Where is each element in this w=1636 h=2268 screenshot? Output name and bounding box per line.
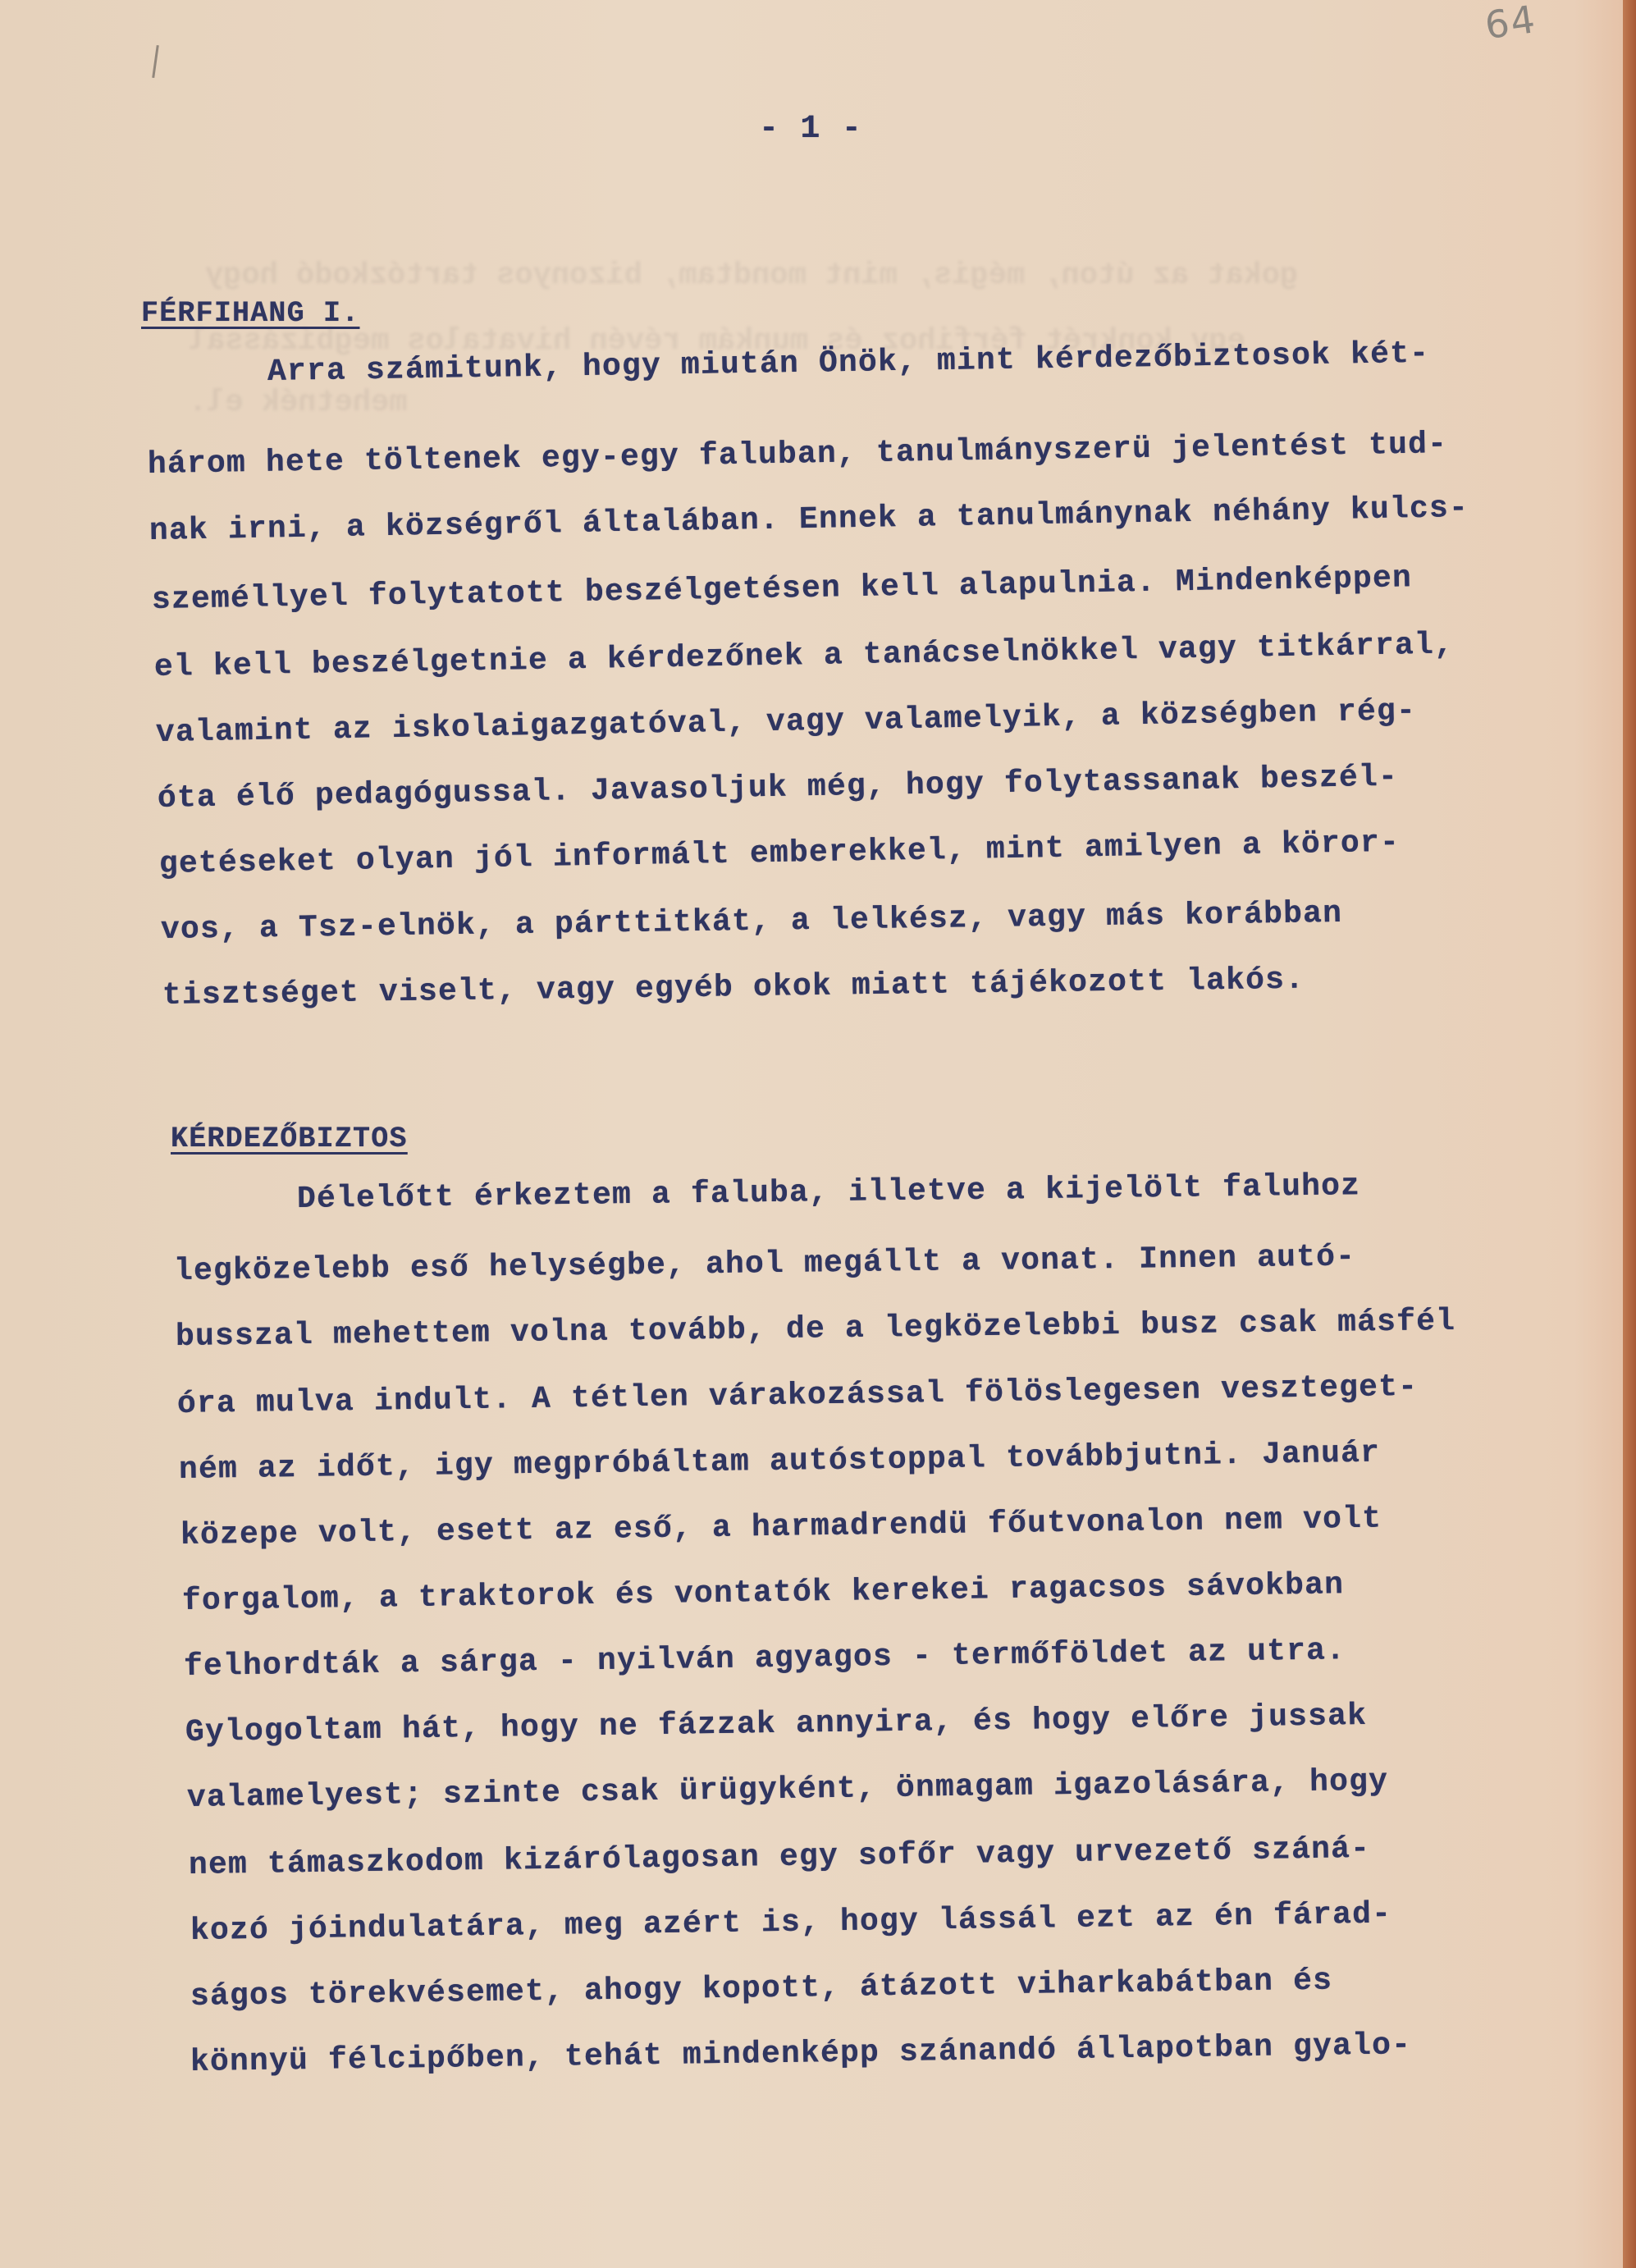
text-line: Gylogoltam hát, hogy ne fázzak annyira, …: [185, 1699, 1368, 1750]
text-line: Délelőtt érkeztem a faluba, illetve a ki…: [297, 1168, 1361, 1217]
text-line: legközelebb eső helységbe, ahol megállt …: [174, 1239, 1356, 1289]
bleed-through-text: gokat az úton, mégis, mint mondtam, bizo…: [205, 258, 1298, 293]
text-line: ságos törekvésemet, ahogy kopott, átázot…: [190, 1964, 1333, 2014]
text-line: három hete töltenek egy-egy faluban, tan…: [148, 427, 1448, 482]
text-line: forgalom, a traktorok és vontatók kereke…: [182, 1567, 1345, 1619]
text-line: valamelyest; szinte csak ürügyként, önma…: [187, 1764, 1389, 1816]
text-line: óra mulva indult. A tétlen várakozással …: [177, 1369, 1419, 1422]
text-line: busszal mehettem volna tovább, de a legk…: [176, 1304, 1456, 1355]
text-line: nem támaszkodom kizárólagosan egy sofőr …: [189, 1831, 1371, 1883]
text-line: vos, a Tsz-elnök, a párttitkát, a lelkés…: [161, 896, 1343, 948]
text-line: személlyel folytatott beszélgetésen kell…: [152, 560, 1413, 618]
text-line: tisztséget viselt, vagy egyéb okok miatt…: [162, 963, 1305, 1013]
text-line: óta élő pedagógussal. Javasoljuk még, ho…: [158, 760, 1399, 816]
text-line: közepe volt, esett az eső, a harmadrendü…: [181, 1502, 1382, 1553]
text-line: felhordták a sárga - nyilván agyagos - t…: [184, 1633, 1346, 1685]
text-line: könnyü félcipőben, tehát mindenképp szán…: [190, 2028, 1412, 2080]
text-line: kozó jóindulatára, meg azért is, hogy lá…: [190, 1897, 1392, 1949]
page-number: - 1 -: [759, 111, 862, 148]
stray-pen-mark: [152, 45, 159, 78]
pencil-page-annotation: 64: [1483, 0, 1539, 48]
text-line: nak irni, a községről általában. Ennek a…: [149, 491, 1469, 549]
text-line: ném az időt, igy megpróbáltam autóstoppa…: [179, 1436, 1381, 1488]
typewritten-page: 64 gokat az úton, mégis, mint mondtam, b…: [0, 0, 1623, 2268]
section-heading-kerdezobiztos: KÉRDEZŐBIZTOS: [171, 1123, 408, 1155]
table-edge: [1623, 0, 1636, 2268]
section-heading-ferfihang: FÉRFIHANG I.: [141, 297, 359, 330]
text-line: getéseket olyan jól informált emberekkel…: [159, 825, 1401, 882]
text-line: valamint az iskolaigazgatóval, vagy vala…: [156, 693, 1417, 751]
text-line: el kell beszélgetnie a kérdezőnek a taná…: [154, 627, 1455, 685]
bleed-through-text: mehetnék el.: [189, 386, 407, 420]
